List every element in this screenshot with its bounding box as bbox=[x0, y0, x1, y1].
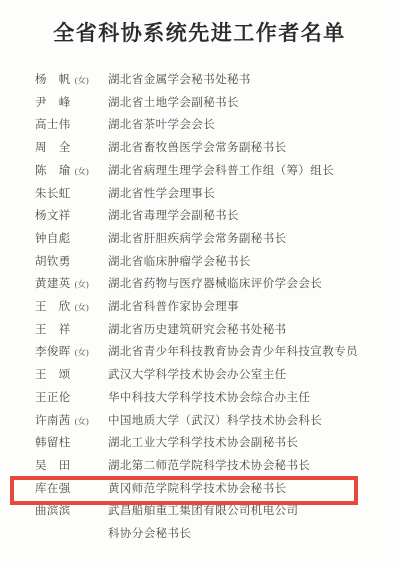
name-column: 胡钦勇 bbox=[35, 251, 108, 274]
person-position-line2: 科协分会秘书长 bbox=[108, 523, 298, 546]
name-column: 黄建英 (女) bbox=[35, 273, 108, 296]
person-name: 钟自彪 bbox=[35, 233, 71, 245]
name-column: 吴 田 bbox=[35, 455, 108, 478]
list-item: 高士伟 湖北省茶叶学会会长 bbox=[35, 114, 389, 137]
position-column: 武汉大学科学技术协会办公室主任 bbox=[108, 364, 287, 387]
person-name: 曲滨滨 bbox=[35, 505, 71, 517]
person-name: 许南茜 bbox=[35, 415, 71, 427]
gender-marker: (女) bbox=[75, 347, 89, 357]
person-name: 韩留柱 bbox=[35, 437, 71, 449]
name-column: 朱长虹 bbox=[35, 183, 108, 206]
person-position: 武昌船舶重工集团有限公司机电公司 bbox=[108, 500, 298, 523]
person-name: 杨 帆 bbox=[35, 74, 71, 86]
name-column: 钟自彪 bbox=[35, 228, 108, 251]
person-position: 湖北省毒理学会副秘书长 bbox=[108, 205, 239, 228]
person-position: 湖北省性学会理事长 bbox=[108, 183, 215, 206]
name-column: 王 祥 bbox=[35, 319, 108, 342]
person-name: 王 颂 bbox=[35, 369, 71, 381]
person-position: 湖北省青少年科技教育协会青少年科技宣教专员 bbox=[108, 341, 358, 364]
position-column: 湖北省茶叶学会会长 bbox=[108, 114, 215, 137]
person-name: 黄建英 bbox=[35, 278, 71, 290]
position-column: 湖北省病理生理学会科普工作组（筹）组长 bbox=[108, 160, 334, 183]
position-column: 华中科技大学科学技术协会综合办主任 bbox=[108, 387, 310, 410]
gender-marker: (女) bbox=[75, 279, 89, 289]
list-item: 胡钦勇 湖北省临床肿瘤学会秘书长 bbox=[35, 251, 389, 274]
list-item: 尹 峰 湖北省土地学会副秘书长 bbox=[35, 92, 389, 115]
person-position: 华中科技大学科学技术协会综合办主任 bbox=[108, 387, 310, 410]
person-name: 库在强 bbox=[35, 483, 71, 495]
person-position: 湖北省科普作家协会理事 bbox=[108, 296, 239, 319]
person-position: 湖北省金属学会秘书处秘书 bbox=[108, 69, 251, 92]
position-column: 湖北省土地学会副秘书长 bbox=[108, 92, 239, 115]
list-item: 陈 瑜 (女) 湖北省病理生理学会科普工作组（筹）组长 bbox=[35, 160, 389, 183]
person-position: 武汉大学科学技术协会办公室主任 bbox=[108, 364, 287, 387]
list-item: 韩留柱 湖北工业大学科学技术协会副秘书长 bbox=[35, 432, 389, 455]
list-item: 黄建英 (女) 湖北省药物与医疗器械临床评价学会会长 bbox=[35, 273, 389, 296]
page-title: 全省科协系统先进工作者名单 bbox=[0, 17, 399, 47]
list-item: 王正伦 华中科技大学科学技术协会综合办主任 bbox=[35, 387, 389, 410]
name-column: 高士伟 bbox=[35, 114, 108, 137]
list-item: 朱长虹 湖北省性学会理事长 bbox=[35, 183, 389, 206]
position-column: 湖北省临床肿瘤学会秘书长 bbox=[108, 251, 251, 274]
person-position: 湖北省肝胆疾病学会常务副秘书长 bbox=[108, 228, 287, 251]
person-position: 黄冈师范学院科学技术协会秘书长 bbox=[108, 478, 287, 501]
list-item: 李俊晖 (女) 湖北省青少年科技教育协会青少年科技宣教专员 bbox=[35, 341, 389, 364]
person-position: 湖北省病理生理学会科普工作组（筹）组长 bbox=[108, 160, 334, 183]
list-item: 曲滨滨 武昌船舶重工集团有限公司机电公司 科协分会秘书长 bbox=[35, 500, 389, 545]
person-name: 杨文祥 bbox=[35, 210, 71, 222]
gender-marker: (女) bbox=[75, 75, 89, 85]
person-position: 湖北省土地学会副秘书长 bbox=[108, 92, 239, 115]
position-column: 湖北省药物与医疗器械临床评价学会会长 bbox=[108, 273, 322, 296]
gender-marker: (女) bbox=[75, 302, 89, 312]
name-column: 王 欣 (女) bbox=[35, 296, 108, 319]
position-column: 湖北省科普作家协会理事 bbox=[108, 296, 239, 319]
name-column: 李俊晖 (女) bbox=[35, 341, 108, 364]
name-column: 许南茜 (女) bbox=[35, 410, 108, 433]
person-position: 湖北省药物与医疗器械临床评价学会会长 bbox=[108, 273, 322, 296]
person-position: 湖北工业大学科学技术协会副秘书长 bbox=[108, 432, 298, 455]
person-position: 中国地质大学（武汉）科学技术协会科长 bbox=[108, 410, 322, 433]
position-column: 中国地质大学（武汉）科学技术协会科长 bbox=[108, 410, 322, 433]
person-name: 朱长虹 bbox=[35, 188, 71, 200]
position-column: 湖北省历史建筑研究会秘书处秘书 bbox=[108, 319, 287, 342]
list-item: 杨文祥 湖北省毒理学会副秘书长 bbox=[35, 205, 389, 228]
name-column: 库在强 bbox=[35, 478, 108, 501]
person-position: 湖北第二师范学院科学技术协会秘书长 bbox=[108, 455, 310, 478]
name-column: 韩留柱 bbox=[35, 432, 108, 455]
gender-marker: (女) bbox=[75, 166, 89, 176]
person-position: 湖北省茶叶学会会长 bbox=[108, 114, 215, 137]
gender-marker: (女) bbox=[75, 416, 89, 426]
position-column: 湖北省毒理学会副秘书长 bbox=[108, 205, 239, 228]
name-column: 周 全 bbox=[35, 137, 108, 160]
list-item: 王 欣 (女) 湖北省科普作家协会理事 bbox=[35, 296, 389, 319]
person-name: 吴 田 bbox=[35, 460, 71, 472]
list-item: 王 颂 武汉大学科学技术协会办公室主任 bbox=[35, 364, 389, 387]
list-item: 许南茜 (女) 中国地质大学（武汉）科学技术协会科长 bbox=[35, 410, 389, 433]
list-item: 吴 田 湖北第二师范学院科学技术协会秘书长 bbox=[35, 455, 389, 478]
position-column: 湖北工业大学科学技术协会副秘书长 bbox=[108, 432, 298, 455]
person-name: 李俊晖 bbox=[35, 346, 71, 358]
position-column: 湖北第二师范学院科学技术协会秘书长 bbox=[108, 455, 310, 478]
position-column: 湖北省畜牧兽医学会常务副秘书长 bbox=[108, 137, 287, 160]
awardee-list: 杨 帆 (女) 湖北省金属学会秘书处秘书 尹 峰 湖北省土地学会副秘书长 高士伟… bbox=[35, 69, 389, 546]
list-item: 王 祥 湖北省历史建筑研究会秘书处秘书 bbox=[35, 319, 389, 342]
position-column: 湖北省青少年科技教育协会青少年科技宣教专员 bbox=[108, 341, 358, 364]
list-item: 杨 帆 (女) 湖北省金属学会秘书处秘书 bbox=[35, 69, 389, 92]
name-column: 王 颂 bbox=[35, 364, 108, 387]
person-name: 王 欣 bbox=[35, 301, 71, 313]
person-position: 湖北省畜牧兽医学会常务副秘书长 bbox=[108, 137, 287, 160]
name-column: 王正伦 bbox=[35, 387, 108, 410]
person-name: 陈 瑜 bbox=[35, 165, 71, 177]
position-column: 湖北省肝胆疾病学会常务副秘书长 bbox=[108, 228, 287, 251]
position-column: 武昌船舶重工集团有限公司机电公司 科协分会秘书长 bbox=[108, 500, 298, 545]
name-column: 曲滨滨 bbox=[35, 500, 108, 523]
document-page: 全省科协系统先进工作者名单 杨 帆 (女) 湖北省金属学会秘书处秘书 尹 峰 湖… bbox=[0, 0, 399, 567]
list-item: 周 全 湖北省畜牧兽医学会常务副秘书长 bbox=[35, 137, 389, 160]
person-position: 湖北省历史建筑研究会秘书处秘书 bbox=[108, 319, 287, 342]
position-column: 湖北省性学会理事长 bbox=[108, 183, 215, 206]
list-item-highlighted: 库在强 黄冈师范学院科学技术协会秘书长 bbox=[35, 478, 389, 501]
person-name: 王正伦 bbox=[35, 392, 71, 404]
name-column: 杨 帆 (女) bbox=[35, 69, 108, 92]
position-column: 湖北省金属学会秘书处秘书 bbox=[108, 69, 251, 92]
person-name: 尹 峰 bbox=[35, 97, 71, 109]
person-name: 胡钦勇 bbox=[35, 256, 71, 268]
name-column: 杨文祥 bbox=[35, 205, 108, 228]
position-column: 黄冈师范学院科学技术协会秘书长 bbox=[108, 478, 287, 501]
person-name: 王 祥 bbox=[35, 324, 71, 336]
list-item: 钟自彪 湖北省肝胆疾病学会常务副秘书长 bbox=[35, 228, 389, 251]
person-position: 湖北省临床肿瘤学会秘书长 bbox=[108, 251, 251, 274]
name-column: 尹 峰 bbox=[35, 92, 108, 115]
person-name: 周 全 bbox=[35, 142, 71, 154]
name-column: 陈 瑜 (女) bbox=[35, 160, 108, 183]
person-name: 高士伟 bbox=[35, 119, 71, 131]
